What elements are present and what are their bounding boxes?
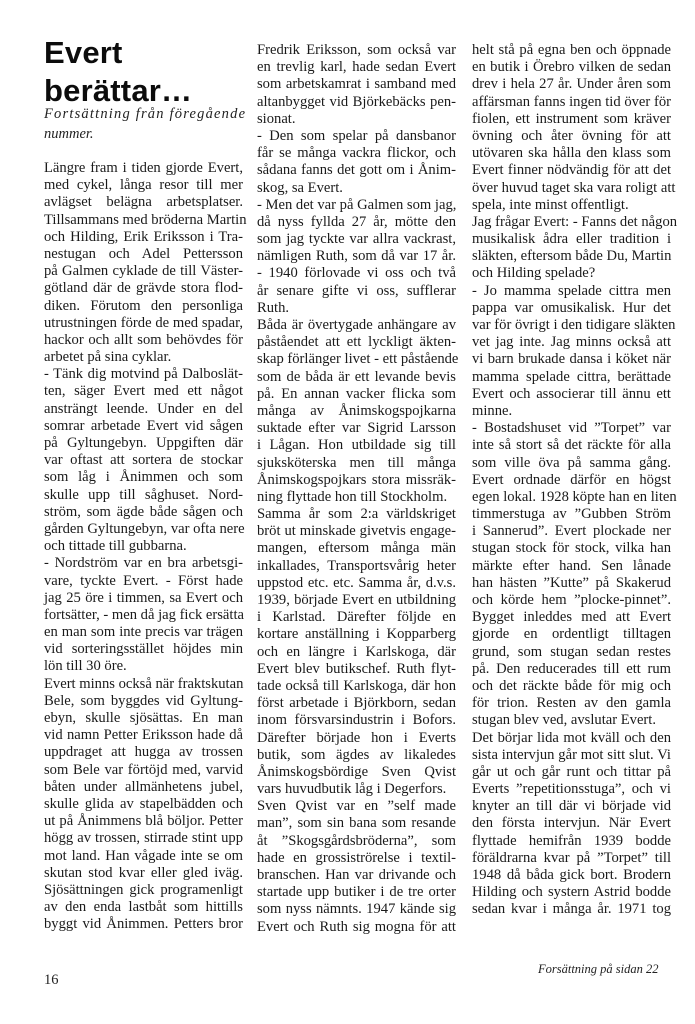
text-line: Ånimskogspojkars stora missräk- bbox=[257, 472, 456, 489]
text-line: Bele, som byggdes vid Gyltung- bbox=[44, 693, 243, 710]
text-line: och Hilding, Erik Eriksson i Tra- bbox=[44, 229, 243, 246]
text-line: kortare anställning i Kopparberg bbox=[257, 626, 456, 643]
text-line: flyttade hemifrån 1939 bodde bbox=[472, 833, 671, 850]
text-line: Hilding och systern Astrid bodde bbox=[472, 884, 671, 901]
text-line: den första intervjun. När Evert bbox=[472, 815, 671, 832]
text-line: musikalisk ådra eller tradition i bbox=[472, 231, 671, 248]
text-line: ebyn, skulle sjösättas. En man bbox=[44, 710, 243, 727]
text-line: vid namn Petter Eriksson hade då bbox=[44, 727, 243, 744]
text-line: spela, inte minst offentligt. bbox=[472, 197, 671, 214]
text-line: jag 25 öre i timmen, sa Evert och bbox=[44, 590, 243, 607]
text-line: man”, som sin bana som resande bbox=[257, 815, 456, 832]
text-line: vars huvudbutik låg i Degerfors. bbox=[257, 781, 456, 798]
text-line: diken. Förutom den personliga bbox=[44, 298, 243, 315]
text-line: startade upp butiker i de tre orter bbox=[257, 884, 456, 901]
text-line: först arbetade i Björkborn, sedan bbox=[257, 695, 456, 712]
text-line: vare, tyckte Evert. - Först hade bbox=[44, 573, 243, 590]
article-subtitle: Fortsättning från föregående nummer. bbox=[44, 104, 244, 144]
text-line: skap förlänger livet - ett påstående bbox=[257, 351, 456, 368]
text-line: bröt ut minskade givetvis engage- bbox=[257, 523, 456, 540]
text-line: butik, som ägdes av likaledes bbox=[257, 747, 456, 764]
text-line: föräldrarna kvar på ”Torpet” till bbox=[472, 850, 671, 867]
text-line: somrar arbetade Evert vid sågen bbox=[44, 418, 243, 435]
text-line: pappa var omusikalisk. Hur det bbox=[472, 300, 671, 317]
text-line: vi barn brukade dansa i köket när bbox=[472, 351, 671, 368]
text-line: inom försvarsindustrin i Bofors. bbox=[257, 712, 456, 729]
text-line: mamma spelade cittra, berättade bbox=[472, 369, 671, 386]
text-line: uppstod etc. etc. Samma år, d.v.s. bbox=[257, 575, 456, 592]
text-line: sjuksköterska men till många bbox=[257, 455, 456, 472]
text-line: på. Den reducerades till ett rum bbox=[472, 661, 671, 678]
text-line: får se många vackra flickor, och bbox=[257, 145, 456, 162]
text-line: Det börjar lida mot kväll och den bbox=[472, 730, 671, 747]
text-line: sionat. bbox=[257, 111, 456, 128]
text-line: och körde hem ”plocke-pinnet”. bbox=[472, 592, 671, 609]
text-line: drev i hela 27 år. Under åren som bbox=[472, 76, 671, 93]
text-line: i Sannerud”. Evert plockade ner bbox=[472, 523, 671, 540]
text-line: på Galmen cyklade de till Väster- bbox=[44, 263, 243, 280]
text-line: - Jo mamma spelade cittra men bbox=[472, 283, 671, 300]
text-line: fiolen, ett instrument som kräver bbox=[472, 111, 671, 128]
text-line: en butik i Örebro vilken de sedan bbox=[472, 59, 671, 76]
text-line: altanbygget vid Björkebäcks pen- bbox=[257, 94, 456, 111]
text-line: Evert och associerar till ännu ett bbox=[472, 386, 671, 403]
text-line: var oftast att sortera de stockar bbox=[44, 452, 243, 469]
text-line: skog, sa Evert. bbox=[257, 180, 456, 197]
text-line: - Nordström var en bra arbetsgi- bbox=[44, 555, 243, 572]
text-column-1: Längre fram i tiden gjorde Evert,med cyk… bbox=[44, 160, 243, 933]
text-line: tade också till Karlskoga, där hon bbox=[257, 678, 456, 695]
text-line: i Lågan. Hon utbildade sig till bbox=[257, 437, 456, 454]
text-line: som jag tyckte var allra vackrast, bbox=[257, 231, 456, 248]
text-line: - Bostadshuset vid ”Torpet” var bbox=[472, 420, 671, 437]
text-line: nämligen Ruth, som då var 17 år. bbox=[257, 248, 456, 265]
text-line: utrustningen förde de med spadar, bbox=[44, 315, 243, 332]
text-line: Sven Qvist var en ”self made bbox=[257, 798, 456, 815]
text-line: släkten, eftersom både Du, Martin bbox=[472, 248, 671, 265]
text-line: med cykel, långa resor till mer bbox=[44, 177, 243, 194]
text-line: nestugan och Adel Pettersson bbox=[44, 246, 243, 263]
text-line: en trevlig karl, hade sedan Evert bbox=[257, 59, 456, 76]
text-line: han hästen ”Kutte” på Skakerud bbox=[472, 575, 671, 592]
text-line: Tillsammans med bröderna Martin bbox=[44, 212, 243, 229]
text-line: branschen. Han var drivande och bbox=[257, 867, 456, 884]
text-line: och Hilding spelade? bbox=[472, 265, 671, 282]
text-line: ning flyttade hon till Stockholm. bbox=[257, 489, 456, 506]
text-line: Evert ordnade därför en högst bbox=[472, 472, 671, 489]
text-line: inkallades, Transportsvårig heter bbox=[257, 558, 456, 575]
text-line: arbetet på sina cyklar. bbox=[44, 349, 243, 366]
text-line: Evert finner nödvändig för att det bbox=[472, 162, 671, 179]
text-line: skutan stod kvar eller gled iväg. bbox=[44, 865, 243, 882]
text-line: på Gyltungebyn. Uppgiften där bbox=[44, 435, 243, 452]
text-line: som ville öva på samma gång. bbox=[472, 455, 671, 472]
text-line: en man som inte precis var trägen bbox=[44, 624, 243, 641]
text-line: mot land. Han vågade inte se om bbox=[44, 848, 243, 865]
text-line: och det räckte både för mig och bbox=[472, 678, 671, 695]
text-line: i Karlstad. Därefter följde en bbox=[257, 609, 456, 626]
text-line: - Tänk dig motvind på Dalboslät- bbox=[44, 366, 243, 383]
text-line: hackor och allt som behövdes för bbox=[44, 332, 243, 349]
text-line: gården Gyltungebyn, var ofta nere bbox=[44, 521, 243, 538]
text-line: Sjösättningen gick programenligt bbox=[44, 882, 243, 899]
text-line: hade en grossiströrelse i textil- bbox=[257, 850, 456, 867]
text-line: minne. bbox=[472, 403, 671, 420]
page-number: 16 bbox=[44, 972, 59, 989]
text-line: Evert blev butikschef. Ruth flyt- bbox=[257, 661, 456, 678]
text-column-3: helt stå på egna ben och öppnadeen butik… bbox=[472, 42, 671, 919]
subtitle-line-2: nummer. bbox=[44, 126, 94, 142]
text-line: som de båda är ett levande bevis bbox=[257, 369, 456, 386]
text-line: timmerstuga av ”Gubben Ström bbox=[472, 506, 671, 523]
text-line: övning och åter övning för att bbox=[472, 128, 671, 145]
text-line: och tittade till gubbarna. bbox=[44, 538, 243, 555]
text-line: skulle glida av stapelbädden och bbox=[44, 796, 243, 813]
text-line: - Den som spelar på dansbanor bbox=[257, 128, 456, 145]
text-line: för trion. Resten av den gamla bbox=[472, 695, 671, 712]
text-line: och en längre i Karlskoga, där bbox=[257, 644, 456, 661]
text-line: ut på Ånimmens blå böljor. Petter bbox=[44, 813, 243, 830]
text-line: egen lokal. 1928 köpte han en liten bbox=[472, 489, 671, 506]
text-line: Samma år som 2:a världskriget bbox=[257, 506, 456, 523]
text-line: avlägset belägna arbetsplatser. bbox=[44, 194, 243, 211]
text-line: stugan blev ved, avslutar Evert. bbox=[472, 712, 671, 729]
text-line: Bygget inleddes med att Evert bbox=[472, 609, 671, 626]
text-line: ansträngt leende. Under en del bbox=[44, 401, 243, 418]
text-line: vid sorteringsstället höjdes min bbox=[44, 641, 243, 658]
text-line: Ånimskogsbördige Sven Qvist bbox=[257, 764, 456, 781]
text-line: gjorde en ordentligt tilltagen bbox=[472, 626, 671, 643]
text-line: går ut och går runt och tittar på bbox=[472, 764, 671, 781]
text-line: märkte efter hand. Sen lånade bbox=[472, 558, 671, 575]
text-line: byggt vid Ånimmen. Petters bror bbox=[44, 916, 243, 933]
text-line: Evert och Ruth sig mogna för att bbox=[257, 919, 456, 936]
text-line: Evert minns också när fraktskutan bbox=[44, 676, 243, 693]
text-line: påståendet att ett lyckligt äkten- bbox=[257, 334, 456, 351]
text-line: många av Ånimskogspojkarna bbox=[257, 403, 456, 420]
text-line: Fredrik Eriksson, som också var bbox=[257, 42, 456, 59]
text-line: över huvud taget ska vara roligt att bbox=[472, 180, 671, 197]
continuation-note: Forsättning på sidan 22 bbox=[538, 962, 659, 977]
text-line: sådana fanns det gott om i Ånim- bbox=[257, 162, 456, 179]
text-line: suktade efter var Sigrid Larsson bbox=[257, 420, 456, 437]
text-line: på. En annan vacker flicka som bbox=[257, 386, 456, 403]
text-line: sedan kvar i många år. 1971 tog bbox=[472, 901, 671, 918]
text-line: båten under allmänhetens jubel, bbox=[44, 779, 243, 796]
text-line: Längre fram i tiden gjorde Evert, bbox=[44, 160, 243, 177]
text-line: helt stå på egna ben och öppnade bbox=[472, 42, 671, 59]
text-line: skulle upp till såghuset. Nord- bbox=[44, 487, 243, 504]
text-line: - 1940 förlovade vi oss och två bbox=[257, 265, 456, 282]
text-line: som Bele var förtöjd med, varvid bbox=[44, 762, 243, 779]
text-line: 1939, började Evert en utbildning bbox=[257, 592, 456, 609]
text-line: götland där de grävde stora flod- bbox=[44, 280, 243, 297]
text-line: ten, säger Evert med ett något bbox=[44, 383, 243, 400]
text-line: ström, som ägde både sågen och bbox=[44, 504, 243, 521]
text-line: som arbetskamrat i samband med bbox=[257, 76, 456, 93]
text-line: fortsätter, - men då jag fick ersätta bbox=[44, 607, 243, 624]
text-line: affärsman fanns ingen tid över för bbox=[472, 94, 671, 111]
article-title: Evert berättar… bbox=[44, 34, 192, 110]
text-line: Ruth. bbox=[257, 300, 456, 317]
text-line: som låg i Ånimmen och som bbox=[44, 469, 243, 486]
text-line: stugan stock för stock, vilka han bbox=[472, 540, 671, 557]
text-line: - Men det var på Galmen som jag, bbox=[257, 197, 456, 214]
text-line: åt ”Skogsgårdsbröderna”, som bbox=[257, 833, 456, 850]
text-line: vet jag inte. Jag minns också att bbox=[472, 334, 671, 351]
text-line: Jag frågar Evert: - Fanns det någon bbox=[472, 214, 671, 231]
text-line: år senare gifte vi oss, sufflerar bbox=[257, 283, 456, 300]
title-line-1: Evert bbox=[44, 34, 192, 72]
text-column-2: Fredrik Eriksson, som också varen trevli… bbox=[257, 42, 456, 936]
text-line: Båda är övertygade anhängare av bbox=[257, 317, 456, 334]
text-line: var för övrigt i den tidigare släkten bbox=[472, 317, 671, 334]
text-line: då nyss fyllda 27 år, mötte den bbox=[257, 214, 456, 231]
text-line: inte så stort så det räckte för alla bbox=[472, 437, 671, 454]
text-line: Därefter började hon i Everts bbox=[257, 730, 456, 747]
text-line: Everts ”repetitionsstuga”, och vi bbox=[472, 781, 671, 798]
text-line: grund, som stugan sedan restes bbox=[472, 644, 671, 661]
text-line: lön till 30 öre. bbox=[44, 658, 243, 675]
text-line: högg av trossen, stirrade stint upp bbox=[44, 830, 243, 847]
subtitle-line-1: Fortsättning från föregående bbox=[44, 104, 244, 124]
text-line: av den enda lastbåt som hittills bbox=[44, 899, 243, 916]
text-line: sista intervjun går mot sitt slut. Vi bbox=[472, 747, 671, 764]
text-line: mangen, eftersom många män bbox=[257, 540, 456, 557]
text-line: 1948 då båda gick bort. Brodern bbox=[472, 867, 671, 884]
text-line: som nyss nämnts. 1947 kände sig bbox=[257, 901, 456, 918]
text-line: uppdraget att hugga av trossen bbox=[44, 744, 243, 761]
text-line: knyter an till där vi började vid bbox=[472, 798, 671, 815]
text-line: utövaren ska hålla den klass som bbox=[472, 145, 671, 162]
